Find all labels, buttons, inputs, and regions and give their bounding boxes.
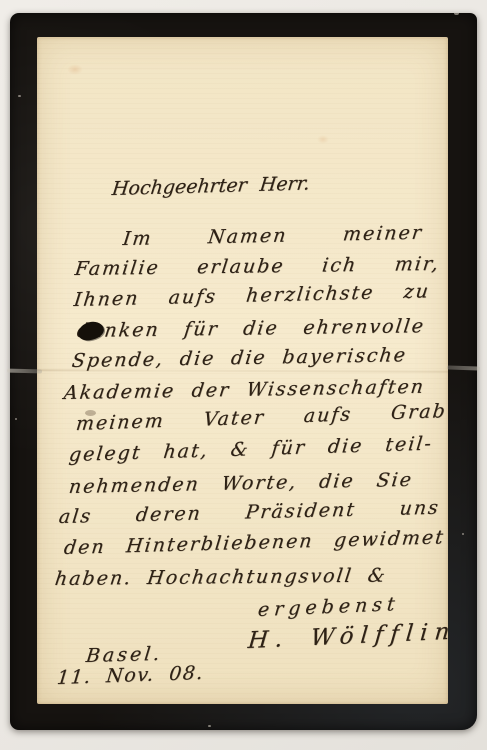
letter-line-salutation: Hochgeehrter Herr.	[111, 171, 290, 202]
letter-date: 11. Nov. 08.	[56, 660, 206, 691]
letter-line-closing: ergebenst	[257, 591, 401, 623]
letter-line-body-11: den Hinterbliebenen gewidmet	[63, 524, 447, 561]
letter-line-body-9: nehmenden Worte, die Sie	[67, 467, 414, 500]
letter-paper: Hochgeehrter Herr. Im Namen meiner Famil…	[37, 37, 448, 704]
letter-line-body-12: haben. Hochachtungsvoll &	[53, 563, 381, 592]
black-mourning-card-mount: Hochgeehrter Herr. Im Namen meiner Famil…	[10, 13, 477, 730]
scanned-letter-photo: Hochgeehrter Herr. Im Namen meiner Famil…	[0, 0, 487, 750]
dust-speck	[454, 13, 459, 15]
letter-line-body-10: als deren Präsident uns	[57, 495, 441, 530]
foxing-spot	[317, 135, 329, 144]
foxing-spot	[67, 64, 83, 75]
letter-line-body-4: danken für die ehrenvolle	[75, 313, 426, 344]
letter-line-body-8: gelegt hat, & für die teil-	[68, 431, 435, 469]
letter-line-body-3: Ihnen aufs herzlichste zu	[72, 278, 431, 313]
dust-speck	[208, 725, 211, 727]
dust-speck	[18, 95, 21, 97]
letter-line-body-1: Im Namen meiner	[121, 220, 424, 252]
fold-crease-notch-right	[447, 365, 480, 370]
ink-smudge	[85, 410, 96, 416]
fold-crease-notch-left	[7, 369, 42, 374]
dust-speck	[15, 418, 17, 420]
letter-line-body-2: Familie erlaube ich mir,	[73, 251, 441, 282]
letter-signature: H. Wölfflin	[247, 618, 458, 654]
dust-speck	[462, 533, 464, 535]
